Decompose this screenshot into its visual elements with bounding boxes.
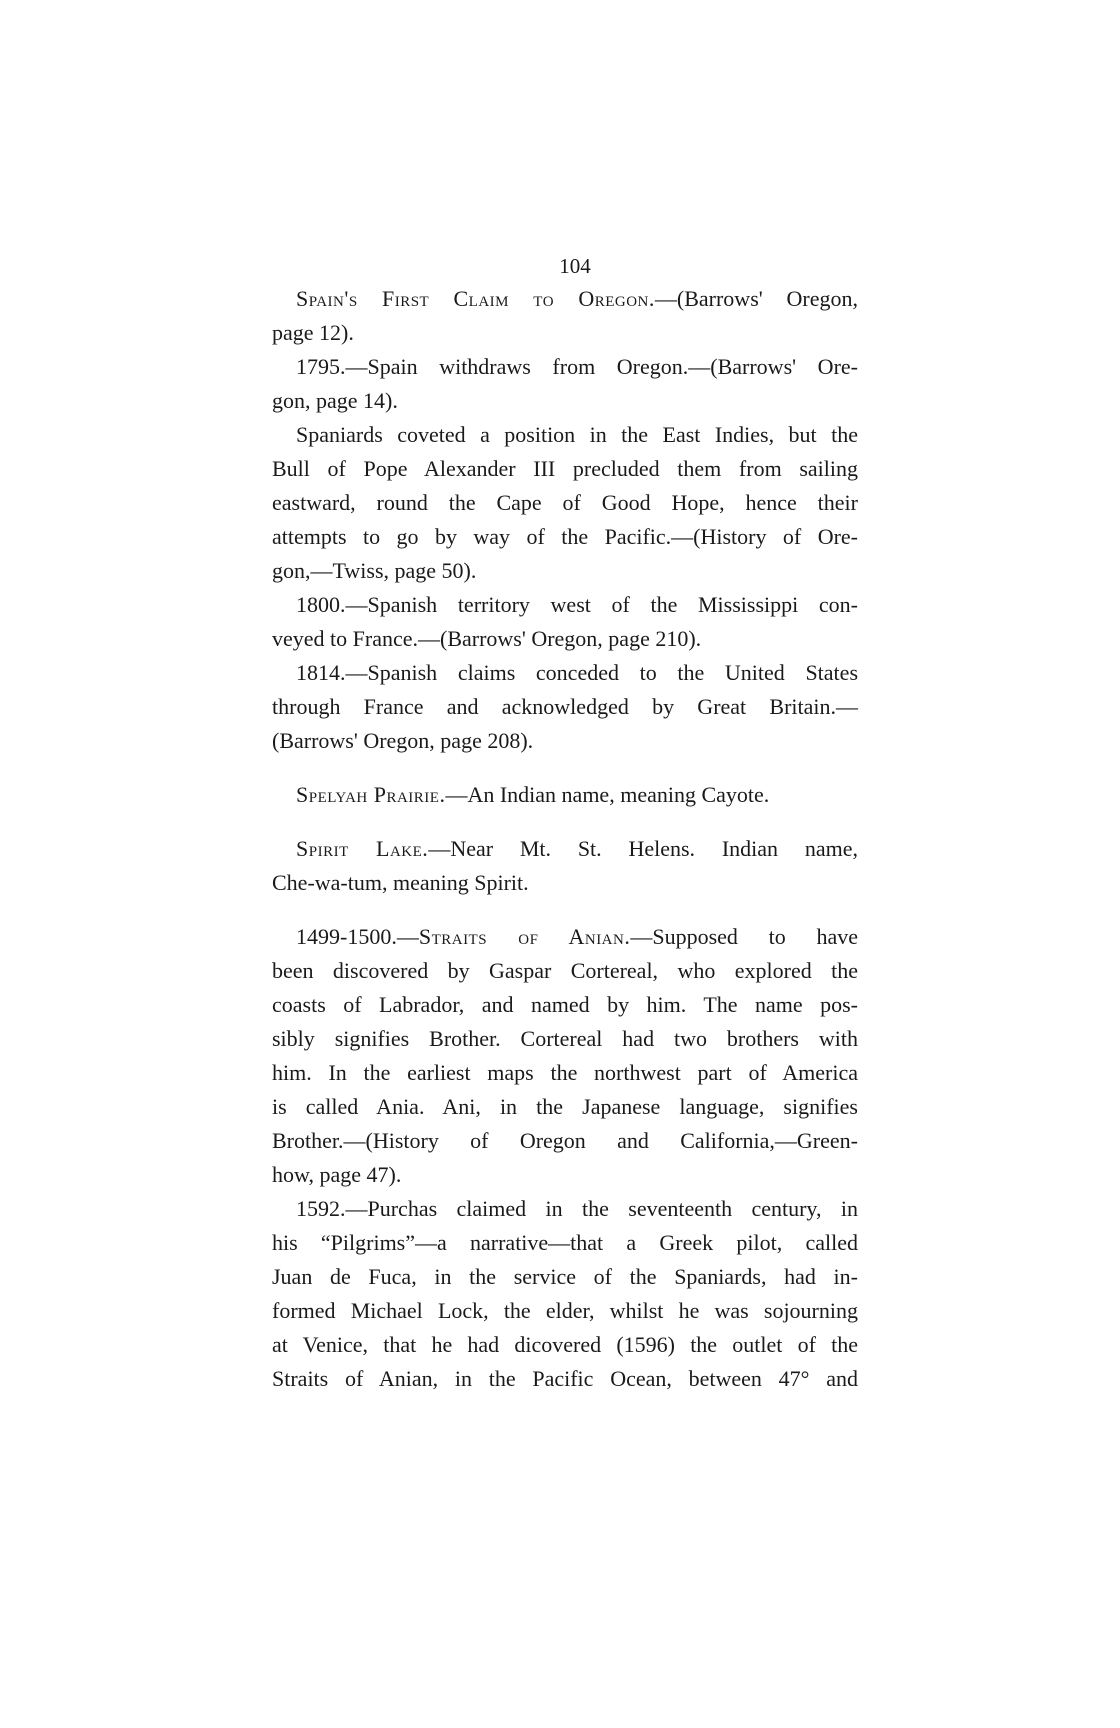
text-line: 1800.—Spanish territory west of the Miss… [272,588,858,622]
paragraph-entry: Spain's First Claim to Oregon.—(Barrows'… [272,282,858,350]
text-line: through France and acknowledged by Great… [272,690,858,724]
paragraph-entry: 1499-1500.—Straits of Anian.—Supposed to… [272,920,858,1192]
line-text: been discovered by Gaspar Cortereal, who… [272,958,858,983]
entry-heading: Spain's First Claim to Oregon. [296,286,655,311]
text-line: Straits of Anian, in the Pacific Ocean, … [272,1362,858,1396]
line-text: (Barrows' Oregon, page 208). [272,728,533,753]
line-text: 1814.—Spanish claims conceded to the Uni… [296,660,858,685]
line-text: at Venice, that he had dicovered (1596) … [272,1332,858,1357]
text-line: 1814.—Spanish claims conceded to the Uni… [272,656,858,690]
paragraph-entry: 1800.—Spanish territory west of the Miss… [272,588,858,656]
line-text: his “Pilgrims”—a narrative—that a Greek … [272,1230,858,1255]
line-text: gon, page 14). [272,388,398,413]
line-text: eastward, round the Cape of Good Hope, h… [272,490,858,515]
text-line: Spelyah Prairie.—An Indian name, meaning… [272,778,858,812]
text-line: Bull of Pope Alexander III precluded the… [272,452,858,486]
line-text: —Supposed to have [630,924,858,949]
paragraph-entry: 1814.—Spanish claims conceded to the Uni… [272,656,858,758]
text-line: his “Pilgrims”—a narrative—that a Greek … [272,1226,858,1260]
line-text: page 12). [272,320,354,345]
text-line: attempts to go by way of the Pacific.—(H… [272,520,858,554]
text-line: him. In the earliest maps the northwest … [272,1056,858,1090]
line-text: sibly signifies Brother. Cortereal had t… [272,1026,858,1051]
line-text: Straits of Anian, in the Pacific Ocean, … [272,1366,858,1391]
text-line: coasts of Labrador, and named by him. Th… [272,988,858,1022]
line-text: Juan de Fuca, in the service of the Span… [272,1264,858,1289]
text-line: sibly signifies Brother. Cortereal had t… [272,1022,858,1056]
text-line: Brother.—(History of Oregon and Californ… [272,1124,858,1158]
line-text: veyed to France.—(Barrows' Oregon, page … [272,626,701,651]
text-line: veyed to France.—(Barrows' Oregon, page … [272,622,858,656]
paragraph-gap [272,900,858,920]
text-line: Juan de Fuca, in the service of the Span… [272,1260,858,1294]
entry-heading: Straits of Anian. [419,924,631,949]
text-line: Che-wa-tum, meaning Spirit. [272,866,858,900]
text-line: 1499-1500.—Straits of Anian.—Supposed to… [272,920,858,954]
page-body-text: Spain's First Claim to Oregon.—(Barrows'… [272,282,858,1396]
paragraph-entry: 1795.—Spain withdraws from Oregon.—(Barr… [272,350,858,418]
line-text: —(Barrows' Oregon, [655,286,858,311]
text-line: (Barrows' Oregon, page 208). [272,724,858,758]
line-text: —An Indian name, meaning Cayote. [445,782,769,807]
text-line: page 12). [272,316,858,350]
paragraph-entry: 1592.—Purchas claimed in the seventeenth… [272,1192,858,1396]
line-text: gon,—Twiss, page 50). [272,558,476,583]
text-line: is called Ania. Ani, in the Japanese lan… [272,1090,858,1124]
paragraph-gap [272,812,858,832]
paragraph-entry: Spelyah Prairie.—An Indian name, meaning… [272,778,858,812]
page-number: 104 [292,250,858,282]
paragraph-entry: Spirit Lake.—Near Mt. St. Helens. Indian… [272,832,858,900]
line-text: how, page 47). [272,1162,401,1187]
text-line: Spirit Lake.—Near Mt. St. Helens. Indian… [272,832,858,866]
text-line: formed Michael Lock, the elder, whilst h… [272,1294,858,1328]
text-line: Spain's First Claim to Oregon.—(Barrows'… [272,282,858,316]
line-text: 1592.—Purchas claimed in the seventeenth… [296,1196,858,1221]
text-line: 1795.—Spain withdraws from Oregon.—(Barr… [272,350,858,384]
line-text: attempts to go by way of the Pacific.—(H… [272,524,858,549]
text-line: been discovered by Gaspar Cortereal, who… [272,954,858,988]
text-line: gon, page 14). [272,384,858,418]
book-page: 104 Spain's First Claim to Oregon.—(Barr… [272,250,858,1396]
line-text: Che-wa-tum, meaning Spirit. [272,870,529,895]
line-text: coasts of Labrador, and named by him. Th… [272,992,858,1017]
text-line: at Venice, that he had dicovered (1596) … [272,1328,858,1362]
line-text: is called Ania. Ani, in the Japanese lan… [272,1094,858,1119]
text-line: gon,—Twiss, page 50). [272,554,858,588]
line-text: formed Michael Lock, the elder, whilst h… [272,1298,858,1323]
text-line: Spaniards coveted a position in the East… [272,418,858,452]
entry-date: 1499-1500.— [296,924,419,949]
line-text: Bull of Pope Alexander III precluded the… [272,456,858,481]
text-line: eastward, round the Cape of Good Hope, h… [272,486,858,520]
paragraph-gap [272,758,858,778]
line-text: —Near Mt. St. Helens. Indian name, [428,836,858,861]
line-text: 1800.—Spanish territory west of the Miss… [296,592,858,617]
line-text: through France and acknowledged by Great… [272,694,858,719]
line-text: Spaniards coveted a position in the East… [296,422,858,447]
paragraph-entry: Spaniards coveted a position in the East… [272,418,858,588]
text-line: 1592.—Purchas claimed in the seventeenth… [272,1192,858,1226]
line-text: Brother.—(History of Oregon and Californ… [272,1128,858,1153]
line-text: him. In the earliest maps the northwest … [272,1060,858,1085]
entry-heading: Spirit Lake. [296,836,428,861]
line-text: 1795.—Spain withdraws from Oregon.—(Barr… [296,354,858,379]
text-line: how, page 47). [272,1158,858,1192]
entry-heading: Spelyah Prairie. [296,782,445,807]
